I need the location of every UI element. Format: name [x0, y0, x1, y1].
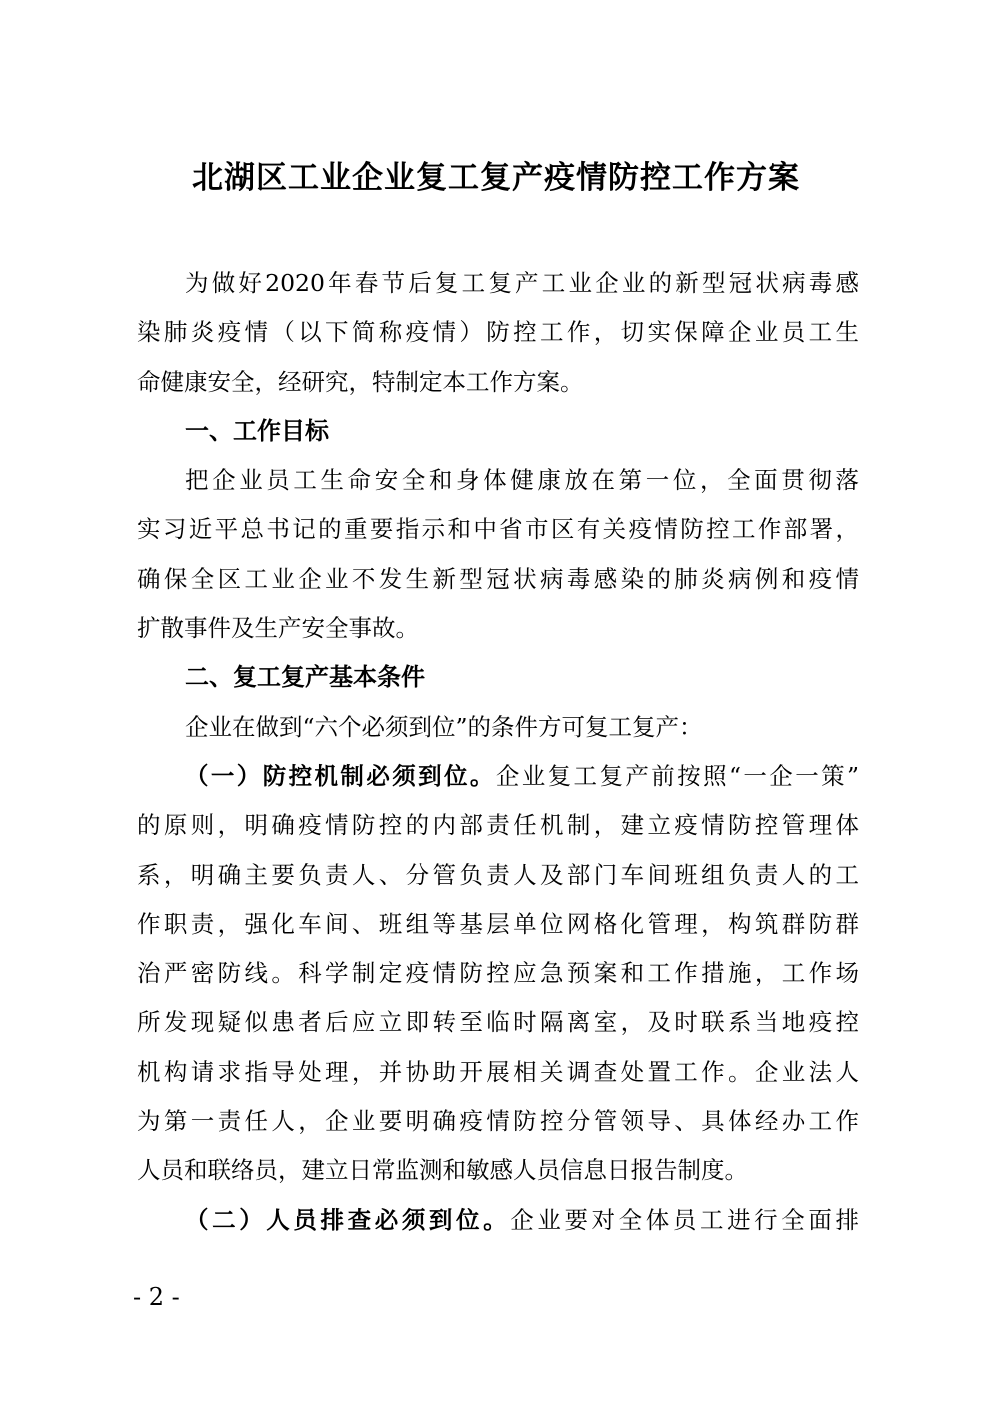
paragraph-text: 企业复工复产前按照“一企一策”	[496, 762, 859, 790]
paragraph-line: （一）防控机制必须到位。企业复工复产前按照“一企一策”	[137, 752, 859, 801]
page-number: - 2 -	[133, 1283, 180, 1311]
paragraph-line: 机构请求指导处理，并协助开展相关调查处置工作。企业法人	[137, 1048, 859, 1097]
paragraph-line: 命健康安全，经研究，特制定本工作方案。	[137, 358, 859, 407]
paragraph-line: 为做好2020年春节后复工复产工业企业的新型冠状病毒感	[137, 259, 859, 308]
subsection-heading-screening: （二）人员排查必须到位。	[185, 1206, 510, 1234]
paragraph-line: 为第一责任人，企业要明确疫情防控分管领导、具体经办工作	[137, 1097, 859, 1146]
paragraph-line: 作职责，强化车间、班组等基层单位网格化管理，构筑群防群	[137, 900, 859, 949]
paragraph-line: 人员和联络员，建立日常监测和敏感人员信息日报告制度。	[137, 1146, 859, 1195]
paragraph-line: 系，明确主要负责人、分管负责人及部门车间班组负责人的工	[137, 851, 859, 900]
paragraph-line: 所发现疑似患者后应立即转至临时隔离室，及时联系当地疫控	[137, 998, 859, 1047]
paragraph-line: 扩散事件及生产安全事故。	[137, 604, 859, 653]
document-body: 为做好2020年春节后复工复产工业企业的新型冠状病毒感 染肺炎疫情（以下简称疫情…	[137, 259, 859, 1245]
paragraph-line: 治严密防线。科学制定疫情防控应急预案和工作措施，工作场	[137, 949, 859, 998]
paragraph-line: 把企业员工生命安全和身体健康放在第一位，全面贯彻落	[137, 456, 859, 505]
paragraph-line: 染肺炎疫情（以下简称疫情）防控工作，切实保障企业员工生	[137, 308, 859, 357]
section-heading-conditions: 二、复工复产基本条件	[137, 653, 859, 702]
section-heading-goals: 一、工作目标	[137, 407, 859, 456]
paragraph-line: 企业在做到“六个必须到位”的条件方可复工复产：	[137, 703, 859, 752]
paragraph-line: （二）人员排查必须到位。企业要对全体员工进行全面排	[137, 1196, 859, 1245]
document-title: 北湖区工业企业复工复产疫情防控工作方案	[0, 153, 992, 203]
paragraph-line: 实习近平总书记的重要指示和中省市区有关疫情防控工作部署，	[137, 505, 859, 554]
paragraph-line: 确保全区工业企业不发生新型冠状病毒感染的肺炎病例和疫情	[137, 555, 859, 604]
paragraph-text: 企业要对全体员工进行全面排	[510, 1206, 859, 1234]
paragraph-line: 的原则，明确疫情防控的内部责任机制，建立疫情防控管理体	[137, 801, 859, 850]
subsection-heading-mechanism: （一）防控机制必须到位。	[185, 762, 496, 790]
document-page: 北湖区工业企业复工复产疫情防控工作方案 为做好2020年春节后复工复产工业企业的…	[0, 0, 992, 1403]
